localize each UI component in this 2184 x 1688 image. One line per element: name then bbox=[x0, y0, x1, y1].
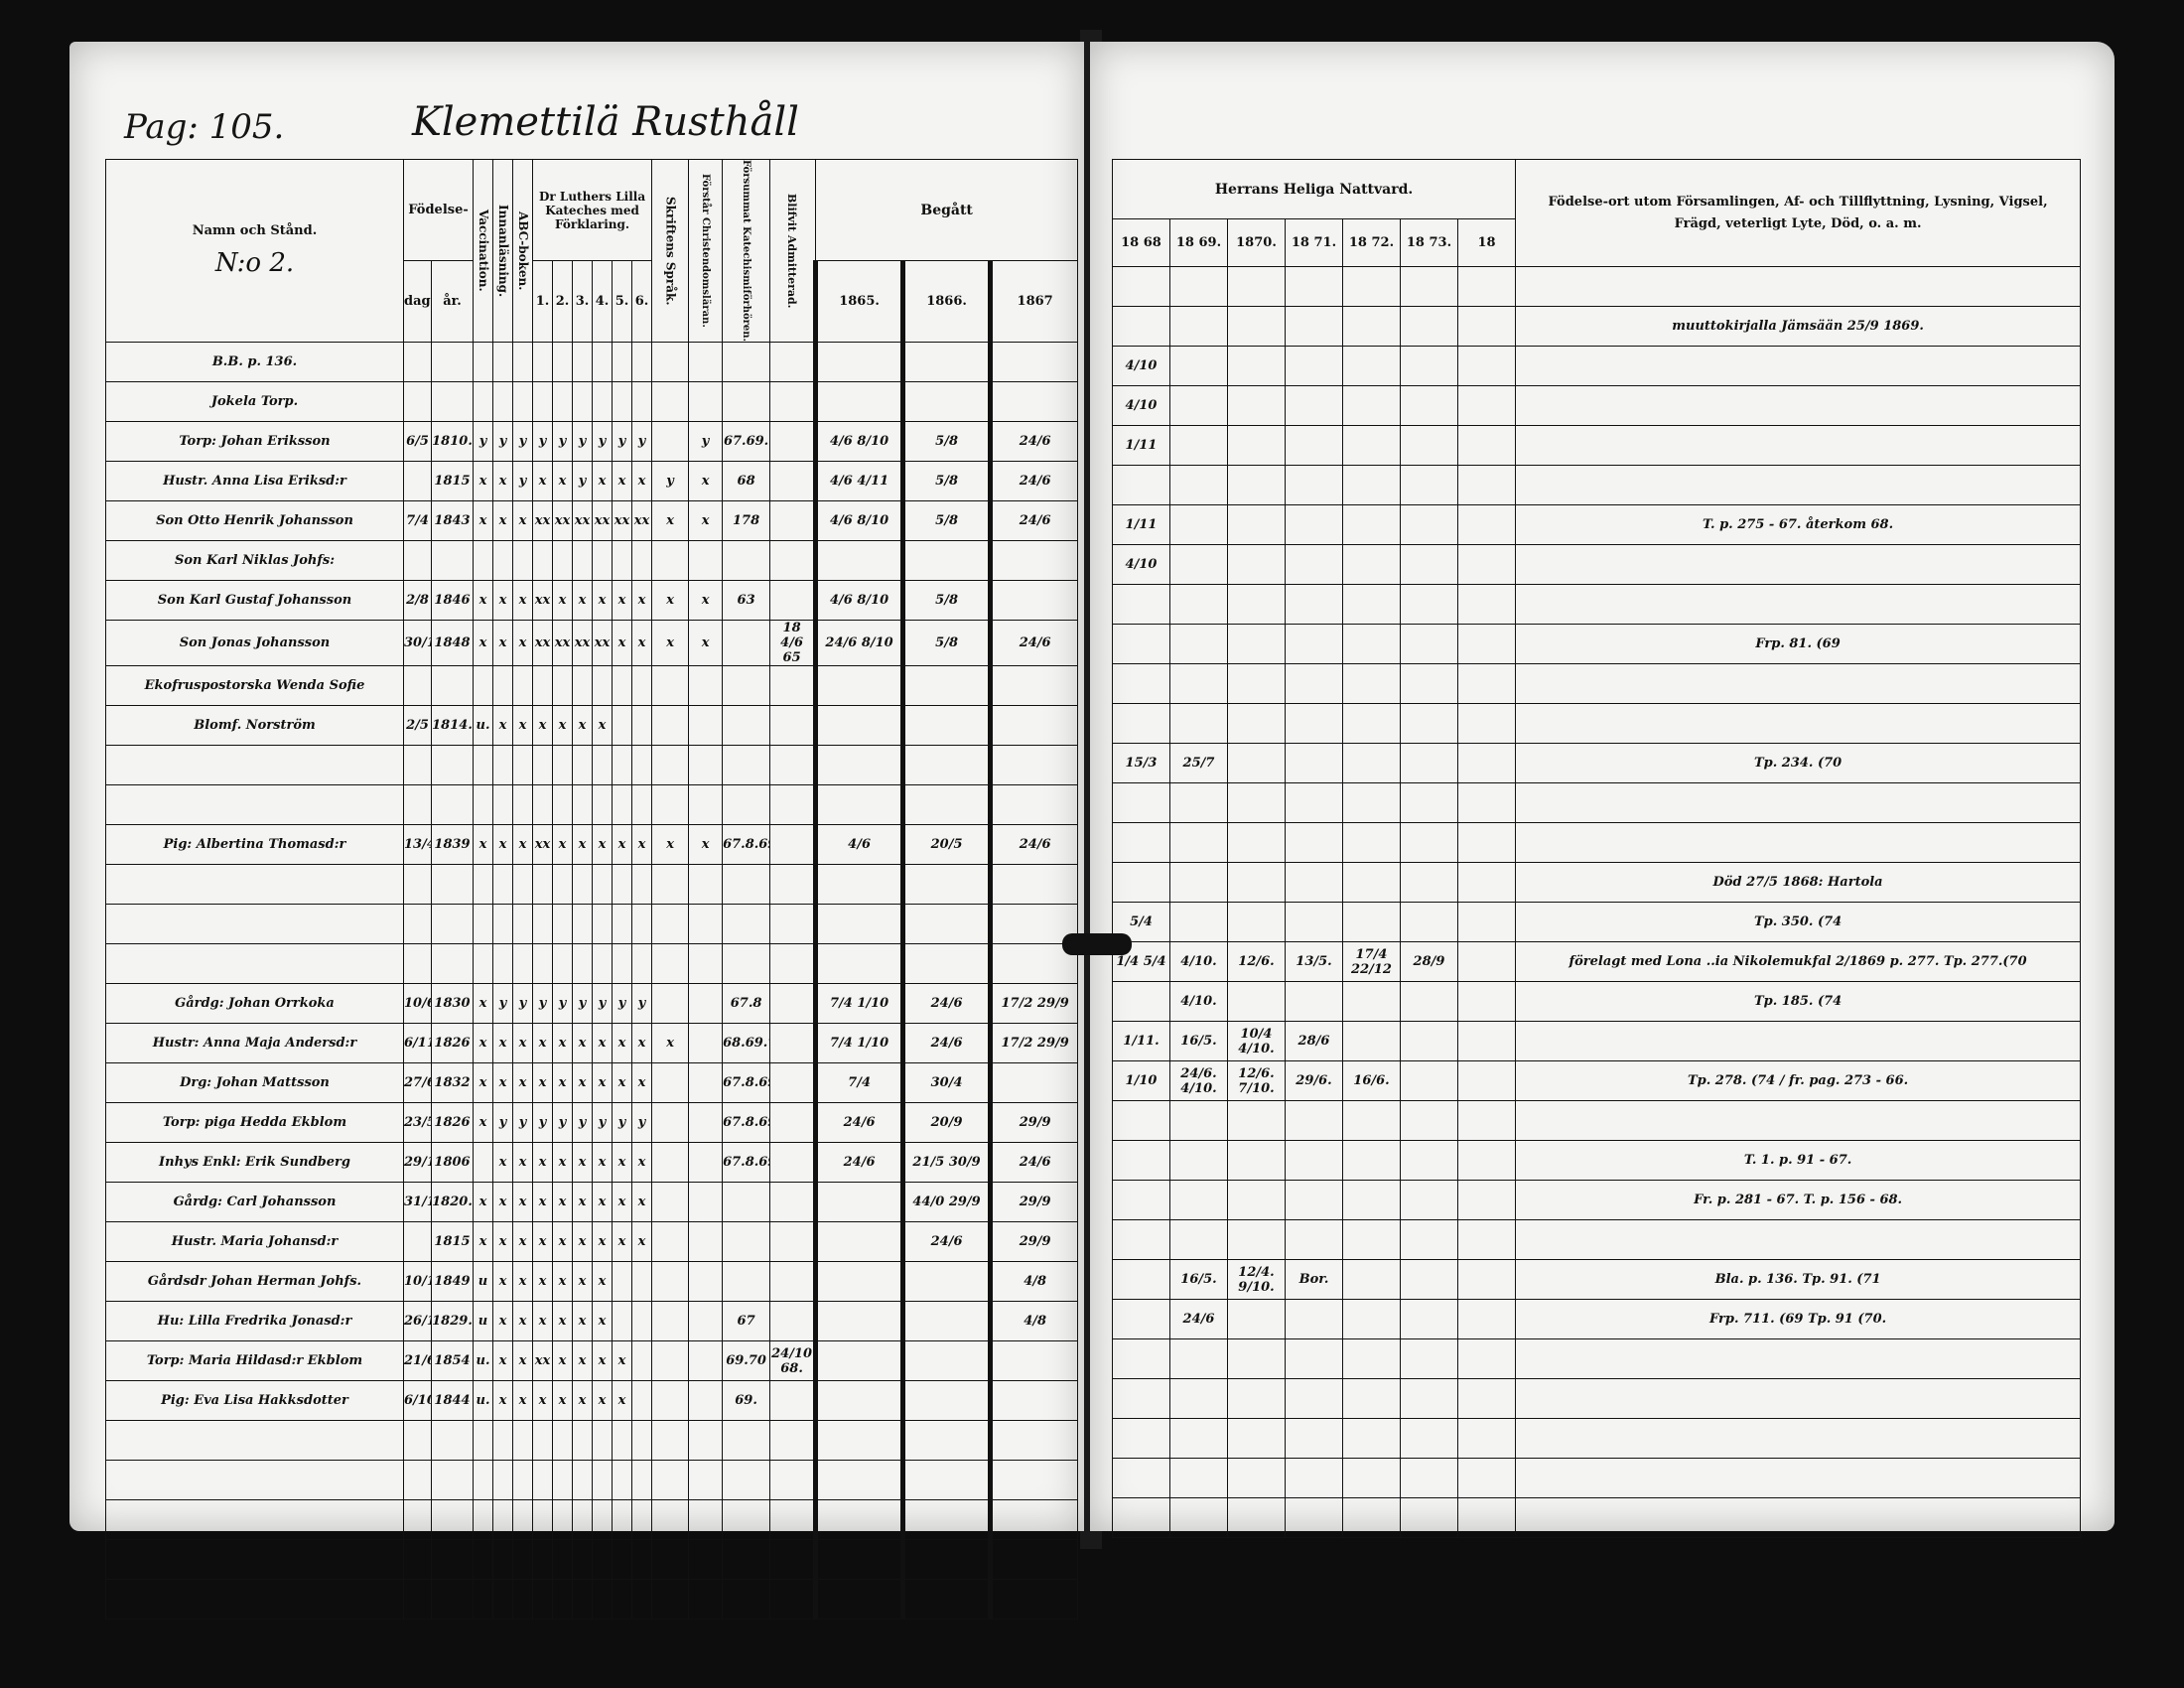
knowledge-mark: x bbox=[533, 1183, 553, 1222]
communion-1865 bbox=[816, 1302, 903, 1341]
person-name bbox=[106, 1540, 404, 1580]
birth-year: 1832 bbox=[432, 1063, 474, 1103]
knowledge-mark: y bbox=[513, 1103, 533, 1143]
communion-1870 bbox=[1228, 625, 1286, 664]
knowledge-mark: x bbox=[493, 1183, 513, 1222]
birth-year: 1815 bbox=[432, 462, 474, 501]
knowledge-mark: x bbox=[493, 1302, 513, 1341]
birth-day bbox=[404, 1461, 432, 1500]
knowledge-mark bbox=[652, 865, 689, 905]
knowledge-mark: x bbox=[493, 1063, 513, 1103]
communion-1873 bbox=[1401, 625, 1458, 664]
scripture-header: Skriftens Språk. bbox=[664, 197, 677, 306]
knowledge-mark bbox=[652, 1103, 689, 1143]
knowledge-mark bbox=[689, 1461, 723, 1500]
name-header: Namn och Stånd. N:o 2. bbox=[106, 160, 404, 343]
communion-1872 bbox=[1343, 625, 1401, 664]
knowledge-mark: x bbox=[533, 1024, 553, 1063]
knowledge-mark: xx bbox=[632, 501, 652, 541]
communion-1873 bbox=[1401, 1419, 1458, 1459]
knowledge-mark bbox=[632, 1580, 652, 1619]
communion-1865: 4/6 8/10 bbox=[816, 422, 903, 462]
person-name: Gårdg: Carl Johansson bbox=[106, 1183, 404, 1222]
knowledge-mark bbox=[593, 746, 613, 785]
knowledge-mark bbox=[613, 1262, 632, 1302]
register-row: T. 1. p. 91 - 67. bbox=[1113, 1141, 2081, 1181]
person-name: Son Otto Henrik Johansson bbox=[106, 501, 404, 541]
knowledge-mark bbox=[632, 1421, 652, 1461]
register-row bbox=[106, 785, 1078, 825]
knowledge-mark bbox=[593, 944, 613, 984]
communion-1871 bbox=[1286, 1300, 1343, 1339]
communion-1869: 4/10. bbox=[1170, 942, 1228, 982]
knowledge-mark bbox=[689, 865, 723, 905]
knowledge-mark: x bbox=[573, 1381, 593, 1421]
birth-year: 1830 bbox=[432, 984, 474, 1024]
knowledge-mark: x bbox=[474, 581, 493, 621]
knowledge-mark: x bbox=[493, 825, 513, 865]
knowledge-mark bbox=[652, 944, 689, 984]
communion-1873 bbox=[1401, 426, 1458, 466]
communion-1872 bbox=[1343, 783, 1401, 823]
communion-1869 bbox=[1170, 664, 1228, 704]
birth-year: 1854 bbox=[432, 1341, 474, 1381]
knowledge-mark bbox=[652, 1461, 689, 1500]
knowledge-mark bbox=[613, 1461, 632, 1500]
communion-1870 bbox=[1228, 1101, 1286, 1141]
knowledge-mark: x bbox=[513, 1302, 533, 1341]
birth-day: 10/10 bbox=[404, 1262, 432, 1302]
communion-1865 bbox=[816, 944, 903, 984]
remarks bbox=[1516, 386, 2081, 426]
knowledge-mark: x bbox=[593, 706, 613, 746]
knowledge-mark bbox=[652, 984, 689, 1024]
year-1869-header: 18 69. bbox=[1170, 219, 1228, 267]
knowledge-mark bbox=[493, 746, 513, 785]
person-name: Son Karl Gustaf Johansson bbox=[106, 581, 404, 621]
knowledge-mark: x bbox=[493, 462, 513, 501]
knowledge-mark: y bbox=[513, 422, 533, 462]
communion-1870 bbox=[1228, 1339, 1286, 1379]
knowledge-mark: x bbox=[474, 1222, 493, 1262]
register-row bbox=[1113, 664, 2081, 704]
knowledge-mark: u bbox=[474, 1262, 493, 1302]
person-name: Torp: piga Hedda Ekblom bbox=[106, 1103, 404, 1143]
knowledge-mark bbox=[652, 1222, 689, 1262]
communion-1865: 4/6 4/11 bbox=[816, 462, 903, 501]
knowledge-mark: y bbox=[533, 984, 553, 1024]
communion-1866 bbox=[903, 1540, 991, 1580]
year-1868-header: 18 68 bbox=[1113, 219, 1170, 267]
knowledge-mark bbox=[493, 944, 513, 984]
knowledge-mark bbox=[513, 905, 533, 944]
communion-1869 bbox=[1170, 1220, 1228, 1260]
birth-year: 1829. bbox=[432, 1302, 474, 1341]
communion-1866 bbox=[903, 1580, 991, 1619]
communion-1870: 12/6. 7/10. bbox=[1228, 1061, 1286, 1101]
communion-1873 bbox=[1401, 545, 1458, 585]
communion-1871 bbox=[1286, 704, 1343, 744]
communion-1872 bbox=[1343, 307, 1401, 347]
missed-catechism bbox=[723, 1262, 770, 1302]
register-row: Torp: Maria Hildasd:r Ekblom21/61854u.xx… bbox=[106, 1341, 1078, 1381]
knowledge-mark bbox=[689, 541, 723, 581]
communion-18 bbox=[1458, 1260, 1516, 1300]
knowledge-mark bbox=[652, 1421, 689, 1461]
admitted-date bbox=[770, 1381, 816, 1421]
knowledge-mark: x bbox=[593, 1341, 613, 1381]
communion-1872 bbox=[1343, 1022, 1401, 1061]
knowledge-mark bbox=[593, 541, 613, 581]
knowledge-mark: x bbox=[553, 1024, 573, 1063]
communion-1873 bbox=[1401, 585, 1458, 625]
missed-catechism bbox=[723, 746, 770, 785]
communion-1873 bbox=[1401, 1260, 1458, 1300]
communion-1867 bbox=[991, 706, 1078, 746]
knowledge-mark: x bbox=[652, 825, 689, 865]
communion-1870 bbox=[1228, 1141, 1286, 1181]
communion-1872 bbox=[1343, 863, 1401, 903]
knowledge-mark: x bbox=[613, 1063, 632, 1103]
communion-1866: 5/8 bbox=[903, 462, 991, 501]
knowledge-mark bbox=[689, 1500, 723, 1540]
communion-1865: 24/6 bbox=[816, 1103, 903, 1143]
communion-1867: 4/8 bbox=[991, 1302, 1078, 1341]
person-name: Blomf. Norström bbox=[106, 706, 404, 746]
register-row bbox=[1113, 704, 2081, 744]
communion-18 bbox=[1458, 1379, 1516, 1419]
communion-18 bbox=[1458, 704, 1516, 744]
communion-1866 bbox=[903, 343, 991, 382]
communion-1866 bbox=[903, 1381, 991, 1421]
birth-day: 6/5 bbox=[404, 422, 432, 462]
communion-1866 bbox=[903, 1500, 991, 1540]
register-row: 15/325/7Tp. 234. (70 bbox=[1113, 744, 2081, 783]
register-row: Hustr. Maria Johansd:r1815xxxxxxxxx24/62… bbox=[106, 1222, 1078, 1262]
register-row bbox=[1113, 466, 2081, 505]
register-row: Gårdg: Johan Orrkoka10/61830xyyyyyyyy67.… bbox=[106, 984, 1078, 1024]
communion-1868: 1/11. bbox=[1113, 1022, 1170, 1061]
knowledge-mark: x bbox=[632, 621, 652, 666]
knowledge-mark: x bbox=[593, 1063, 613, 1103]
knowledge-mark: x bbox=[613, 1381, 632, 1421]
birth-day bbox=[404, 462, 432, 501]
communion-1871 bbox=[1286, 1498, 1343, 1538]
birth-day: 26/12 bbox=[404, 1302, 432, 1341]
missed-catechism: 67.8.69. bbox=[723, 1063, 770, 1103]
communion-1871 bbox=[1286, 1459, 1343, 1498]
remarks: T. 1. p. 91 - 67. bbox=[1516, 1141, 2081, 1181]
knowledge-mark: xx bbox=[533, 581, 553, 621]
knowledge-mark: y bbox=[652, 462, 689, 501]
communion-1865 bbox=[816, 1500, 903, 1540]
person-name bbox=[106, 1421, 404, 1461]
communion-18 bbox=[1458, 307, 1516, 347]
knowledge-mark: x bbox=[513, 501, 533, 541]
knowledge-mark bbox=[689, 905, 723, 944]
communion-18 bbox=[1458, 1101, 1516, 1141]
knowledge-mark: xx bbox=[553, 621, 573, 666]
knowledge-mark: y bbox=[553, 984, 573, 1024]
communion-1873 bbox=[1401, 1022, 1458, 1061]
communion-1868: 15/3 bbox=[1113, 744, 1170, 783]
knowledge-mark: x bbox=[513, 1024, 533, 1063]
admitted-date bbox=[770, 1024, 816, 1063]
remarks bbox=[1516, 1220, 2081, 1260]
year-1870-header: 1870. bbox=[1228, 219, 1286, 267]
communion-1870 bbox=[1228, 903, 1286, 942]
communion-18 bbox=[1458, 585, 1516, 625]
birth-day: 27/6 bbox=[404, 1063, 432, 1103]
vaccination-header: Vaccination. bbox=[477, 210, 489, 292]
communion-1870 bbox=[1228, 704, 1286, 744]
knowledge-mark bbox=[613, 541, 632, 581]
knowledge-mark bbox=[493, 1540, 513, 1580]
knowledge-mark: x bbox=[493, 1222, 513, 1262]
knowledge-mark bbox=[493, 865, 513, 905]
communion-1873 bbox=[1401, 466, 1458, 505]
knowledge-mark: x bbox=[474, 1183, 493, 1222]
knowledge-mark bbox=[493, 1461, 513, 1500]
admitted-date bbox=[770, 581, 816, 621]
communion-1872 bbox=[1343, 585, 1401, 625]
knowledge-mark bbox=[652, 1381, 689, 1421]
communion-1869 bbox=[1170, 783, 1228, 823]
knowledge-mark bbox=[474, 944, 493, 984]
birth-day bbox=[404, 1540, 432, 1580]
knowledge-mark bbox=[553, 1500, 573, 1540]
communion-1871 bbox=[1286, 585, 1343, 625]
knowledge-mark: x bbox=[613, 825, 632, 865]
communion-1869 bbox=[1170, 307, 1228, 347]
communion-1872 bbox=[1343, 466, 1401, 505]
knowledge-mark: x bbox=[533, 1222, 553, 1262]
knowledge-mark: x bbox=[632, 581, 652, 621]
admitted-date: 18 4/6 65 bbox=[770, 621, 816, 666]
communion-1868: 1/10 bbox=[1113, 1061, 1170, 1101]
communion-1867 bbox=[991, 1341, 1078, 1381]
communion-1872 bbox=[1343, 982, 1401, 1022]
knowledge-mark: y bbox=[573, 462, 593, 501]
knowledge-mark bbox=[493, 1500, 513, 1540]
knowledge-mark bbox=[493, 666, 513, 706]
missed-catechism: 69.70 bbox=[723, 1341, 770, 1381]
register-row: Torp: piga Hedda Ekblom23/51826xyyyyyyyy… bbox=[106, 1103, 1078, 1143]
birth-day bbox=[404, 666, 432, 706]
knowledge-mark bbox=[474, 382, 493, 422]
communion-1866: 20/9 bbox=[903, 1103, 991, 1143]
knowledge-mark bbox=[613, 785, 632, 825]
knowledge-mark bbox=[689, 1421, 723, 1461]
communion-1872 bbox=[1343, 1498, 1401, 1538]
knowledge-mark bbox=[613, 706, 632, 746]
knowledge-mark: x bbox=[632, 1222, 652, 1262]
communion-1866 bbox=[903, 905, 991, 944]
missed-catechism bbox=[723, 785, 770, 825]
communion-1870 bbox=[1228, 1459, 1286, 1498]
missed-catechism: 69. bbox=[723, 1381, 770, 1421]
communion-1870 bbox=[1228, 545, 1286, 585]
communion-1873 bbox=[1401, 1181, 1458, 1220]
communion-1865: 4/6 8/10 bbox=[816, 501, 903, 541]
register-row: Son Jonas Johansson30/111848xxxxxxxxxxxx… bbox=[106, 621, 1078, 666]
knowledge-mark bbox=[573, 1421, 593, 1461]
knowledge-mark: y bbox=[613, 984, 632, 1024]
remarks bbox=[1516, 664, 2081, 704]
communion-1867 bbox=[991, 581, 1078, 621]
register-row: Hustr: Anna Maja Andersd:r6/111826xxxxxx… bbox=[106, 1024, 1078, 1063]
remarks: Fr. p. 281 - 67. T. p. 156 - 68. bbox=[1516, 1181, 2081, 1220]
remarks: Frp. 81. (69 bbox=[1516, 625, 2081, 664]
knowledge-mark: x bbox=[513, 1143, 533, 1183]
communion-1865 bbox=[816, 666, 903, 706]
missed-catechism bbox=[723, 621, 770, 666]
knowledge-mark bbox=[652, 1540, 689, 1580]
communion-1869 bbox=[1170, 505, 1228, 545]
knowledge-mark: x bbox=[613, 1183, 632, 1222]
remarks bbox=[1516, 585, 2081, 625]
remarks bbox=[1516, 1022, 2081, 1061]
communion-1873 bbox=[1401, 982, 1458, 1022]
register-row bbox=[106, 746, 1078, 785]
knowledge-mark bbox=[613, 1421, 632, 1461]
missed-catechism bbox=[723, 666, 770, 706]
communion-1865: 7/4 bbox=[816, 1063, 903, 1103]
knowledge-mark bbox=[613, 666, 632, 706]
admitted-date bbox=[770, 1222, 816, 1262]
communion-1866 bbox=[903, 785, 991, 825]
knowledge-mark bbox=[474, 1580, 493, 1619]
knowledge-mark bbox=[593, 865, 613, 905]
communion-1873 bbox=[1401, 704, 1458, 744]
birth-year bbox=[432, 746, 474, 785]
register-row bbox=[106, 865, 1078, 905]
communion-1870 bbox=[1228, 347, 1286, 386]
knowledge-mark bbox=[513, 1421, 533, 1461]
knowledge-mark bbox=[573, 785, 593, 825]
admitted-date bbox=[770, 746, 816, 785]
person-name: Drg: Johan Mattsson bbox=[106, 1063, 404, 1103]
knowledge-mark bbox=[613, 1302, 632, 1341]
communion-1871 bbox=[1286, 267, 1343, 307]
missed-catechism: 178 bbox=[723, 501, 770, 541]
communion-1868 bbox=[1113, 307, 1170, 347]
birth-year bbox=[432, 1580, 474, 1619]
knowledge-mark: x bbox=[613, 1024, 632, 1063]
person-name: Hu: Lilla Fredrika Jonasd:r bbox=[106, 1302, 404, 1341]
communion-1869 bbox=[1170, 545, 1228, 585]
knowledge-mark bbox=[632, 1540, 652, 1580]
communion-1865 bbox=[816, 706, 903, 746]
communion-1869 bbox=[1170, 704, 1228, 744]
knowledge-mark: x bbox=[553, 1262, 573, 1302]
admitted-date bbox=[770, 382, 816, 422]
knowledge-mark: x bbox=[513, 706, 533, 746]
communion-1868 bbox=[1113, 267, 1170, 307]
knowledge-mark: x bbox=[553, 1302, 573, 1341]
knowledge-mark: y bbox=[553, 1103, 573, 1143]
knowledge-mark bbox=[474, 865, 493, 905]
knowledge-mark: x bbox=[632, 1143, 652, 1183]
knowledge-mark bbox=[689, 1063, 723, 1103]
admitted-date bbox=[770, 1421, 816, 1461]
birth-year: 1844 bbox=[432, 1381, 474, 1421]
register-row bbox=[106, 944, 1078, 984]
communion-1866: 5/8 bbox=[903, 621, 991, 666]
communion-1871 bbox=[1286, 625, 1343, 664]
knowledge-mark bbox=[533, 1461, 553, 1500]
knowledge-mark bbox=[689, 984, 723, 1024]
knowledge-mark bbox=[652, 905, 689, 944]
communion-1870 bbox=[1228, 1419, 1286, 1459]
knowledge-mark bbox=[632, 666, 652, 706]
knowledge-mark bbox=[573, 746, 593, 785]
communion-1873 bbox=[1401, 1141, 1458, 1181]
knowledge-mark bbox=[533, 541, 553, 581]
knowledge-mark bbox=[632, 706, 652, 746]
communion-1870 bbox=[1228, 466, 1286, 505]
knowledge-mark bbox=[632, 905, 652, 944]
knowledge-mark: x bbox=[533, 1381, 553, 1421]
knowledge-mark: x bbox=[689, 501, 723, 541]
communion-1871 bbox=[1286, 545, 1343, 585]
notes-header: Födelse-ort utom Församlingen, Af- och T… bbox=[1516, 160, 2081, 267]
knowledge-mark bbox=[474, 666, 493, 706]
knowledge-mark: y bbox=[593, 984, 613, 1024]
register-row: 4/10.Tp. 185. (74 bbox=[1113, 982, 2081, 1022]
communion-1867 bbox=[991, 382, 1078, 422]
knowledge-mark: x bbox=[533, 1262, 553, 1302]
communion-1867: 24/6 bbox=[991, 1143, 1078, 1183]
birth-day bbox=[404, 785, 432, 825]
communion-1865 bbox=[816, 382, 903, 422]
knowledge-mark bbox=[593, 666, 613, 706]
communion-1866: 5/8 bbox=[903, 581, 991, 621]
communion-1865 bbox=[816, 905, 903, 944]
knowledge-mark bbox=[652, 1262, 689, 1302]
knowledge-mark: x bbox=[493, 581, 513, 621]
communion-1871 bbox=[1286, 1181, 1343, 1220]
communion-1866: 5/8 bbox=[903, 501, 991, 541]
birth-day: 31/11 bbox=[404, 1183, 432, 1222]
knowledge-mark bbox=[493, 541, 513, 581]
knowledge-mark bbox=[533, 905, 553, 944]
knowledge-mark bbox=[632, 1302, 652, 1341]
missed-catechism bbox=[723, 1183, 770, 1222]
communion-1871 bbox=[1286, 426, 1343, 466]
communion-1870: 12/6. bbox=[1228, 942, 1286, 982]
communion-1865 bbox=[816, 785, 903, 825]
admitted-date bbox=[770, 1500, 816, 1540]
knowledge-mark: x bbox=[513, 1381, 533, 1421]
knowledge-mark bbox=[513, 343, 533, 382]
catechism-part-2: 2. bbox=[553, 261, 573, 343]
knowledge-mark bbox=[613, 944, 632, 984]
communion-18 bbox=[1458, 823, 1516, 863]
admitted-date bbox=[770, 422, 816, 462]
birth-year bbox=[432, 865, 474, 905]
communion-1869 bbox=[1170, 625, 1228, 664]
knowledge-mark: x bbox=[573, 1143, 593, 1183]
communion-1873: 28/9 bbox=[1401, 942, 1458, 982]
birth-day bbox=[404, 1222, 432, 1262]
birth-day bbox=[404, 541, 432, 581]
knowledge-mark bbox=[513, 1461, 533, 1500]
communion-18 bbox=[1458, 1061, 1516, 1101]
register-row: Gårdg: Carl Johansson31/111820.xxxxxxxxx… bbox=[106, 1183, 1078, 1222]
admitted-date bbox=[770, 1063, 816, 1103]
missed-catechism bbox=[723, 1580, 770, 1619]
